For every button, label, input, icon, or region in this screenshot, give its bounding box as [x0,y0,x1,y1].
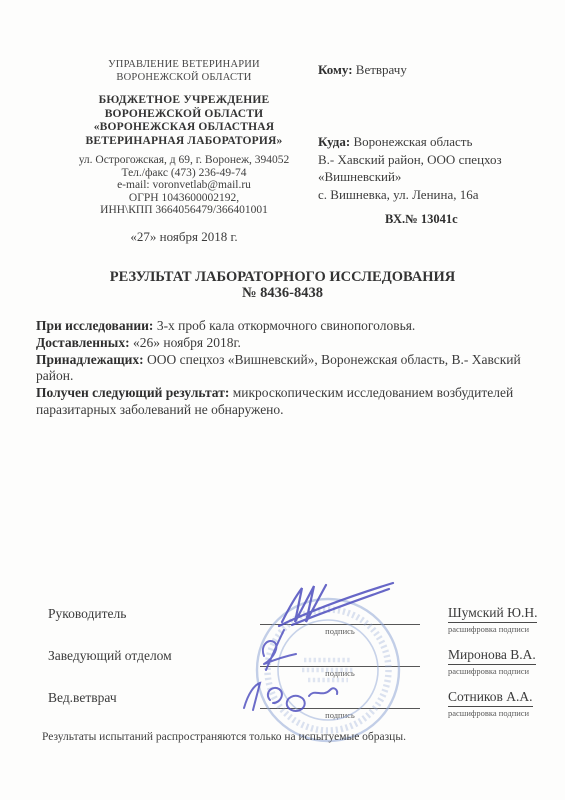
body-paragraph: Получен следующий результат: микроскопич… [36,385,539,419]
signature-caption: подпись [256,626,424,636]
address-line: ул. Острогожская, д 69, г. Воронеж, 3940… [38,154,330,167]
signature-line [260,688,420,709]
title-line-2: № 8436-8438 [0,285,565,301]
signer-name: Миронова В.А. [448,647,536,665]
address-line: Тел./факс (473) 236-49-74 [38,167,330,180]
signature-field: подпись [256,688,424,730]
signer-role: Вед.ветврач [48,688,256,730]
org-line: ВЕТЕРИНАРНАЯ ЛАБОРАТОРИЯ» [38,135,330,149]
signature-line [260,646,420,667]
signature-caption: подпись [256,668,424,678]
to-label: Кому: [318,62,353,77]
signer-name: Шумский Ю.Н. [448,605,537,623]
sender-address: ул. Острогожская, д 69, г. Воронеж, 3940… [38,154,330,217]
signature-row: Заведующий отделом подпись Миронова В.А.… [48,646,547,688]
signature-field: подпись [256,646,424,688]
org-line: БЮДЖЕТНОЕ УЧРЕЖДЕНИЕ [38,94,330,108]
authority-line: ВОРОНЕЖСКОЙ ОБЛАСТИ [38,71,330,84]
document-title: РЕЗУЛЬТАТ ЛАБОРАТОРНОГО ИССЛЕДОВАНИЯ № 8… [0,269,565,301]
authority-line: УПРАВЛЕНИЕ ВЕТЕРИНАРИИ [38,58,330,71]
scanned-lab-result-document: УПРАВЛЕНИЕ ВЕТЕРИНАРИИ ВОРОНЕЖСКОЙ ОБЛАС… [0,0,565,800]
where-line: В.- Хавский район, ООО спецхоз [318,151,550,169]
where-label: Куда: [318,134,350,149]
name-caption: расшифровка подписи [448,666,547,676]
signer-name-block: Миронова В.А. расшифровка подписи [424,646,547,688]
signer-role: Руководитель [48,604,256,646]
signature-row: Вед.ветврач подпись Сотников А.А. расшиф… [48,688,547,730]
signature-section: Руководитель подпись Шумский Ю.Н. расшиф… [48,604,547,730]
document-body: При исследовании: 3-х проб кала откормоч… [36,318,539,419]
document-date: «27» ноября 2018 г. [38,229,330,245]
signature-line [260,604,420,625]
name-caption: расшифровка подписи [448,624,547,634]
incoming-number: ВХ.№ 13041с [385,212,550,227]
address-line: ИНН\КПП 3664056479/366401001 [38,204,330,217]
signature-caption: подпись [256,710,424,720]
address-line: e-mail: voronvetlab@mail.ru [38,179,330,192]
to-value: Ветврачу [353,62,407,77]
where-line: «Вишневский» [318,168,550,186]
signer-name-block: Сотников А.А. расшифровка подписи [424,688,547,730]
body-paragraph: Доставленных: «26» ноября 2018г. [36,335,539,352]
title-line-1: РЕЗУЛЬТАТ ЛАБОРАТОРНОГО ИССЛЕДОВАНИЯ [0,269,565,285]
org-line: «ВОРОНЕЖСКАЯ ОБЛАСТНАЯ [38,121,330,135]
recipient-address: Куда: Воронежская область В.- Хавский ра… [318,133,550,203]
signer-name: Сотников А.А. [448,689,533,707]
body-paragraph: При исследовании: 3-х проб кала откормоч… [36,318,539,335]
where-line: Куда: Воронежская область [318,133,550,151]
signature-row: Руководитель подпись Шумский Ю.Н. расшиф… [48,604,547,646]
where-line: с. Вишневка, ул. Ленина, 16а [318,186,550,204]
sender-block: УПРАВЛЕНИЕ ВЕТЕРИНАРИИ ВОРОНЕЖСКОЙ ОБЛАС… [38,58,330,245]
signer-role: Заведующий отделом [48,646,256,688]
recipient-block: Кому: Ветврачу Куда: Воронежская область… [318,62,550,227]
body-paragraph: Принадлежащих: ООО спецхоз «Вишневский»,… [36,352,539,386]
recipient-to: Кому: Ветврачу [318,62,550,78]
signature-field: подпись [256,604,424,646]
organization-name: БЮДЖЕТНОЕ УЧРЕЖДЕНИЕ ВОРОНЕЖСКОЙ ОБЛАСТИ… [38,94,330,148]
authority-name: УПРАВЛЕНИЕ ВЕТЕРИНАРИИ ВОРОНЕЖСКОЙ ОБЛАС… [38,58,330,84]
signer-name-block: Шумский Ю.Н. расшифровка подписи [424,604,547,646]
address-line: ОГРН 1043600002192, [38,192,330,205]
name-caption: расшифровка подписи [448,708,547,718]
footer-note: Результаты испытаний распространяются то… [42,731,406,743]
org-line: ВОРОНЕЖСКОЙ ОБЛАСТИ [38,108,330,122]
